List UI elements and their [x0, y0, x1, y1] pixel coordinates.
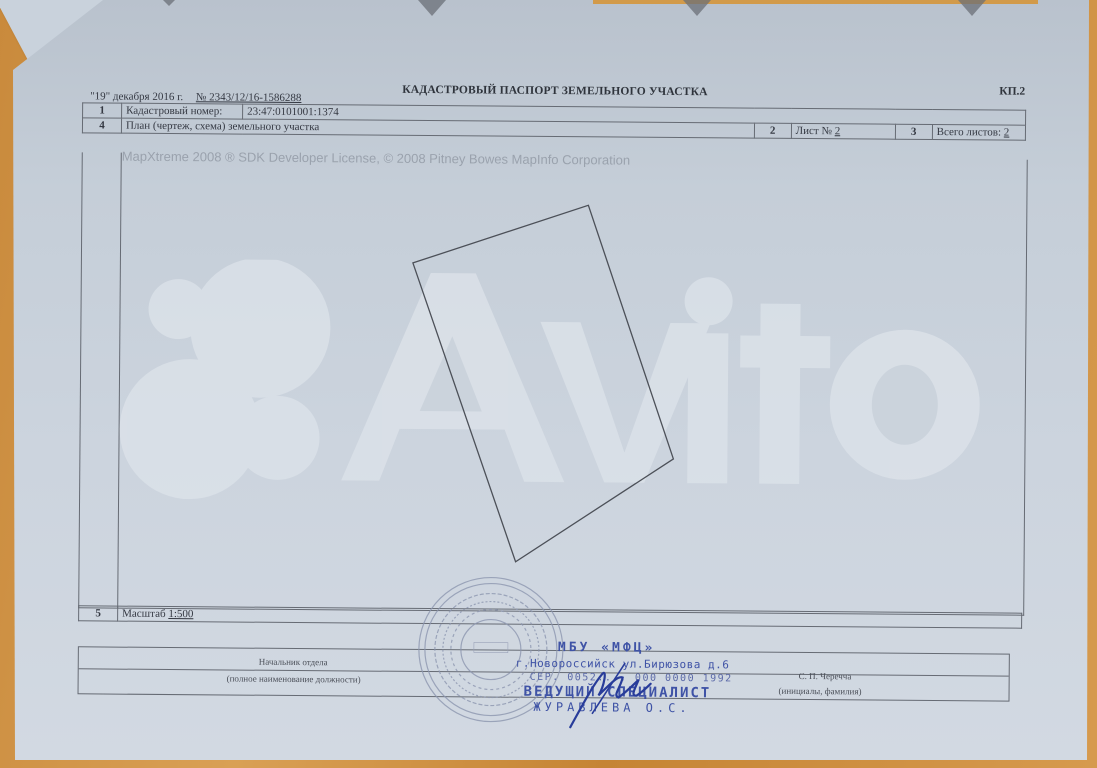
name-caption: (инициалы, фамилия) [779, 686, 862, 697]
field-label: Кадастровый номер: [122, 103, 243, 119]
document-title: КАДАСТРОВЫЙ ПАСПОРТ ЗЕМЕЛЬНОГО УЧАСТКА [402, 84, 707, 98]
field-label: Всего листов: [937, 126, 1001, 139]
form-code: КП.2 [999, 86, 1025, 98]
land-parcel-outline [398, 194, 691, 576]
issue-date: "19" декабря 2016 г. [90, 90, 183, 103]
cadastral-passport: КАДАСТРОВЫЙ ПАСПОРТ ЗЕМЕЛЬНОГО УЧАСТКА К… [0, 0, 1097, 768]
total-sheets: Всего листов: 2 [932, 124, 1025, 140]
header-table: 1 Кадастровый номер: 23:47:0101001:1374 … [82, 102, 1026, 140]
sheet-number: Лист № 2 [791, 123, 895, 139]
position-caption: (полное наименование должности) [227, 673, 361, 684]
stamp-org: МБУ «МФЦ» [558, 640, 733, 656]
row-number: 5 [79, 606, 118, 621]
row-number: 1 [83, 103, 122, 118]
number-column [79, 152, 122, 607]
field-label: Лист № [796, 125, 832, 137]
scale-value: 1:500 [168, 608, 193, 620]
row-number: 3 [895, 124, 932, 139]
official-name: С. П. Черечча [799, 671, 852, 681]
official-position: Начальник отдела [259, 657, 328, 668]
sheet-value: 2 [835, 125, 841, 137]
handwritten-signature [562, 655, 653, 731]
row-number: 4 [82, 118, 121, 133]
field-label: Масштаб [122, 608, 166, 620]
total-value: 2 [1004, 127, 1010, 139]
document-number: № 2343/12/16-1586288 [196, 91, 302, 104]
row-number: 2 [754, 123, 791, 138]
